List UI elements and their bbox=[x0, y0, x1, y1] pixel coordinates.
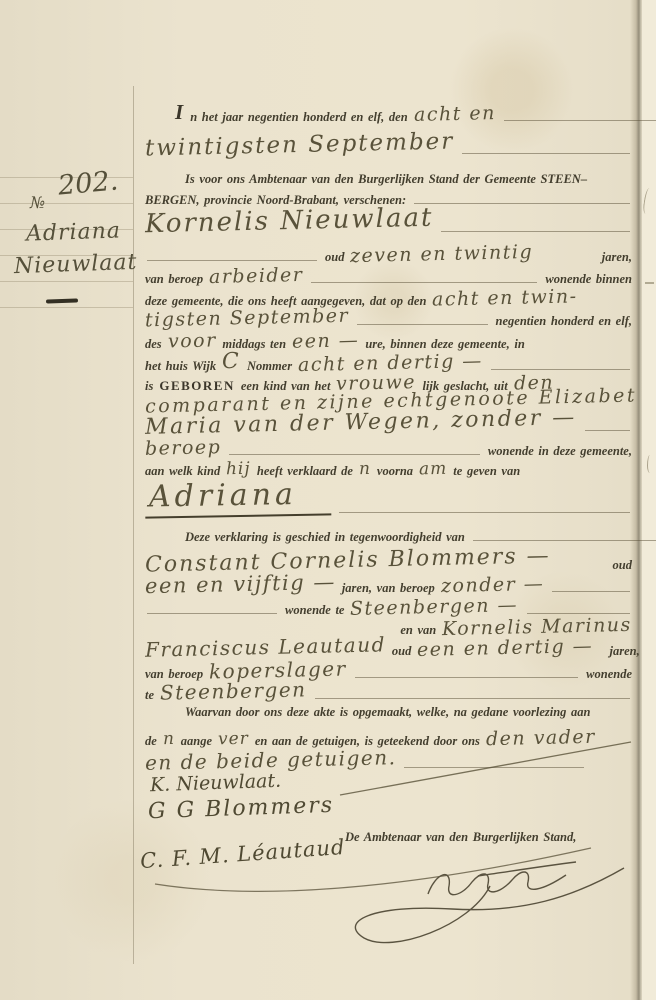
handwritten-entry: den vader bbox=[486, 726, 596, 750]
next-page-strip bbox=[640, 0, 656, 1000]
act-line-year: In het jaar negentien honderd en elf, de… bbox=[145, 100, 656, 125]
act-line-child-name: Adriana bbox=[145, 478, 632, 517]
act-line-date: twintigsten September bbox=[145, 132, 632, 158]
printed-text: van beroep bbox=[145, 272, 203, 287]
handwritten-entry: hij bbox=[226, 459, 251, 480]
act-line-occupation: van beroep arbeider wonende binnen bbox=[145, 265, 632, 287]
margin-vertical-rule bbox=[133, 86, 134, 964]
printed-text: negentien honderd en elf, bbox=[496, 314, 632, 329]
printed-text: n het jaar negentien honderd en elf, den bbox=[190, 110, 407, 125]
blank-rule bbox=[473, 540, 656, 541]
act-line-official: Is voor ons Ambtenaar van den Burgerlijk… bbox=[145, 172, 656, 187]
father-signature: K. Nieuwlaat. bbox=[150, 770, 282, 797]
handwritten-entry: am bbox=[419, 459, 448, 480]
printed-text: de bbox=[145, 734, 157, 749]
blank-rule bbox=[504, 120, 656, 121]
registrar-title: De Ambtenaar van den Burgerlijken Stand, bbox=[345, 830, 576, 845]
handwritten-entry: tigsten September bbox=[145, 305, 350, 332]
printed-text: aange bbox=[181, 734, 212, 749]
blank-rule bbox=[355, 677, 578, 678]
handwritten-entry: zeven en twintig bbox=[350, 241, 534, 267]
handwritten-declarant-name: Kornelis Nieuwlaat bbox=[145, 203, 434, 240]
blank-rule bbox=[552, 591, 630, 592]
handwritten-entry: ver bbox=[218, 729, 249, 750]
printed-text: te bbox=[145, 688, 154, 703]
blank-rule bbox=[339, 512, 630, 513]
blank-rule bbox=[491, 369, 630, 370]
printed-text: Is voor ons Ambtenaar van den Burgerlijk… bbox=[185, 172, 587, 187]
handwritten-entry: een en vijftig — bbox=[145, 570, 336, 598]
handwritten-entry: acht en bbox=[413, 102, 495, 126]
printed-text: Deze verklaring is geschied in tegenwoor… bbox=[185, 530, 465, 545]
registrar-signature bbox=[330, 846, 650, 958]
handwritten-entry: zonder — bbox=[441, 573, 545, 597]
drop-initial: I bbox=[175, 100, 183, 125]
blank-rule bbox=[404, 767, 584, 768]
printed-text: te geven van bbox=[453, 464, 520, 479]
witness2-signature: C. F. M. Léautaud bbox=[139, 835, 346, 873]
blank-rule bbox=[147, 613, 277, 614]
handwritten-entry: n bbox=[359, 459, 371, 479]
handwritten-mother-name: Maria van der Wegen, zonder — bbox=[145, 405, 577, 440]
act-line-witness1-name: Constant Cornelis Blommers — oud bbox=[145, 548, 632, 573]
margin-family-name: Nieuwlaat bbox=[14, 250, 138, 279]
act-line-naming: aan welk kind hij heeft verklaard de n v… bbox=[145, 459, 632, 479]
handwritten-entry: n bbox=[163, 729, 175, 749]
act-number: 202. bbox=[57, 165, 120, 201]
blank-rule bbox=[311, 282, 537, 283]
printed-text: Waarvan door ons deze akte is opgemaakt,… bbox=[185, 705, 591, 720]
blank-rule bbox=[441, 231, 630, 232]
handwritten-entry: C bbox=[222, 349, 241, 374]
printed-text: oud bbox=[392, 644, 411, 659]
act-line-closing1: Waarvan door ons deze akte is opgemaakt,… bbox=[145, 705, 656, 720]
act-line-address: het huis Wijk C Nommer acht en dertig — bbox=[145, 349, 632, 374]
act-line-closing3: en de beide getuigen. bbox=[145, 748, 632, 772]
act-line-declaration: deze gemeente, die ons heeft aangegeven,… bbox=[145, 287, 632, 309]
printed-text: voorna bbox=[377, 464, 413, 479]
act-line-age: oud zeven en twintig jaren, bbox=[145, 243, 632, 265]
blank-rule bbox=[585, 430, 630, 431]
act-line-witness2-name: Franciscus Leautaud oud een en dertig — … bbox=[145, 635, 632, 659]
blank-rule bbox=[357, 324, 487, 325]
blank-rule bbox=[414, 203, 630, 204]
blank-rule bbox=[229, 454, 480, 455]
next-page-ink-fragment bbox=[647, 455, 653, 473]
printed-text: wonende in deze gemeente, bbox=[488, 444, 632, 459]
act-line-declarant-name: Kornelis Nieuwlaat bbox=[145, 206, 632, 236]
blank-rule bbox=[462, 153, 630, 154]
printed-text: jaren, bbox=[602, 250, 632, 265]
act-line-witness-intro: Deze verklaring is geschied in tegenwoor… bbox=[145, 530, 656, 545]
blank-rule bbox=[147, 260, 317, 261]
next-page-ink-fragment bbox=[645, 282, 654, 284]
handwritten-entry: Steenbergen bbox=[160, 677, 307, 704]
blank-rule bbox=[315, 698, 630, 699]
printed-text: aan welk kind bbox=[145, 464, 220, 479]
printed-text: wonende binnen bbox=[545, 272, 632, 287]
printed-text: oud bbox=[613, 558, 632, 573]
printed-text: oud bbox=[325, 250, 344, 265]
act-line-birthdate: tigsten September negentien honderd en e… bbox=[145, 307, 632, 329]
printed-text: jaren, van beroep bbox=[342, 581, 435, 596]
handwritten-entry: beroep bbox=[145, 436, 222, 460]
act-line-mother-occupation: beroep wonende in deze gemeente, bbox=[145, 437, 632, 459]
act-line-witness1-age: een en vijftig — jaren, van beroep zonde… bbox=[145, 572, 632, 596]
act-number-sign: № bbox=[30, 193, 45, 212]
handwritten-entry: twintigsten September bbox=[145, 128, 455, 161]
birth-certificate-page: № 202. Adriana Nieuwlaat In het jaar neg… bbox=[0, 0, 656, 1000]
witness1-signature: G G Blommers bbox=[148, 793, 335, 824]
printed-text: jaren, bbox=[610, 644, 640, 659]
margin-child-name: Adriana bbox=[26, 218, 122, 246]
handwritten-entry: arbeider bbox=[209, 264, 304, 288]
act-line-witness2-residence: te Steenbergen bbox=[145, 679, 632, 703]
handwritten-child-name: Adriana bbox=[145, 476, 332, 518]
act-line-mother-name: Maria van der Wegen, zonder — bbox=[145, 410, 632, 435]
